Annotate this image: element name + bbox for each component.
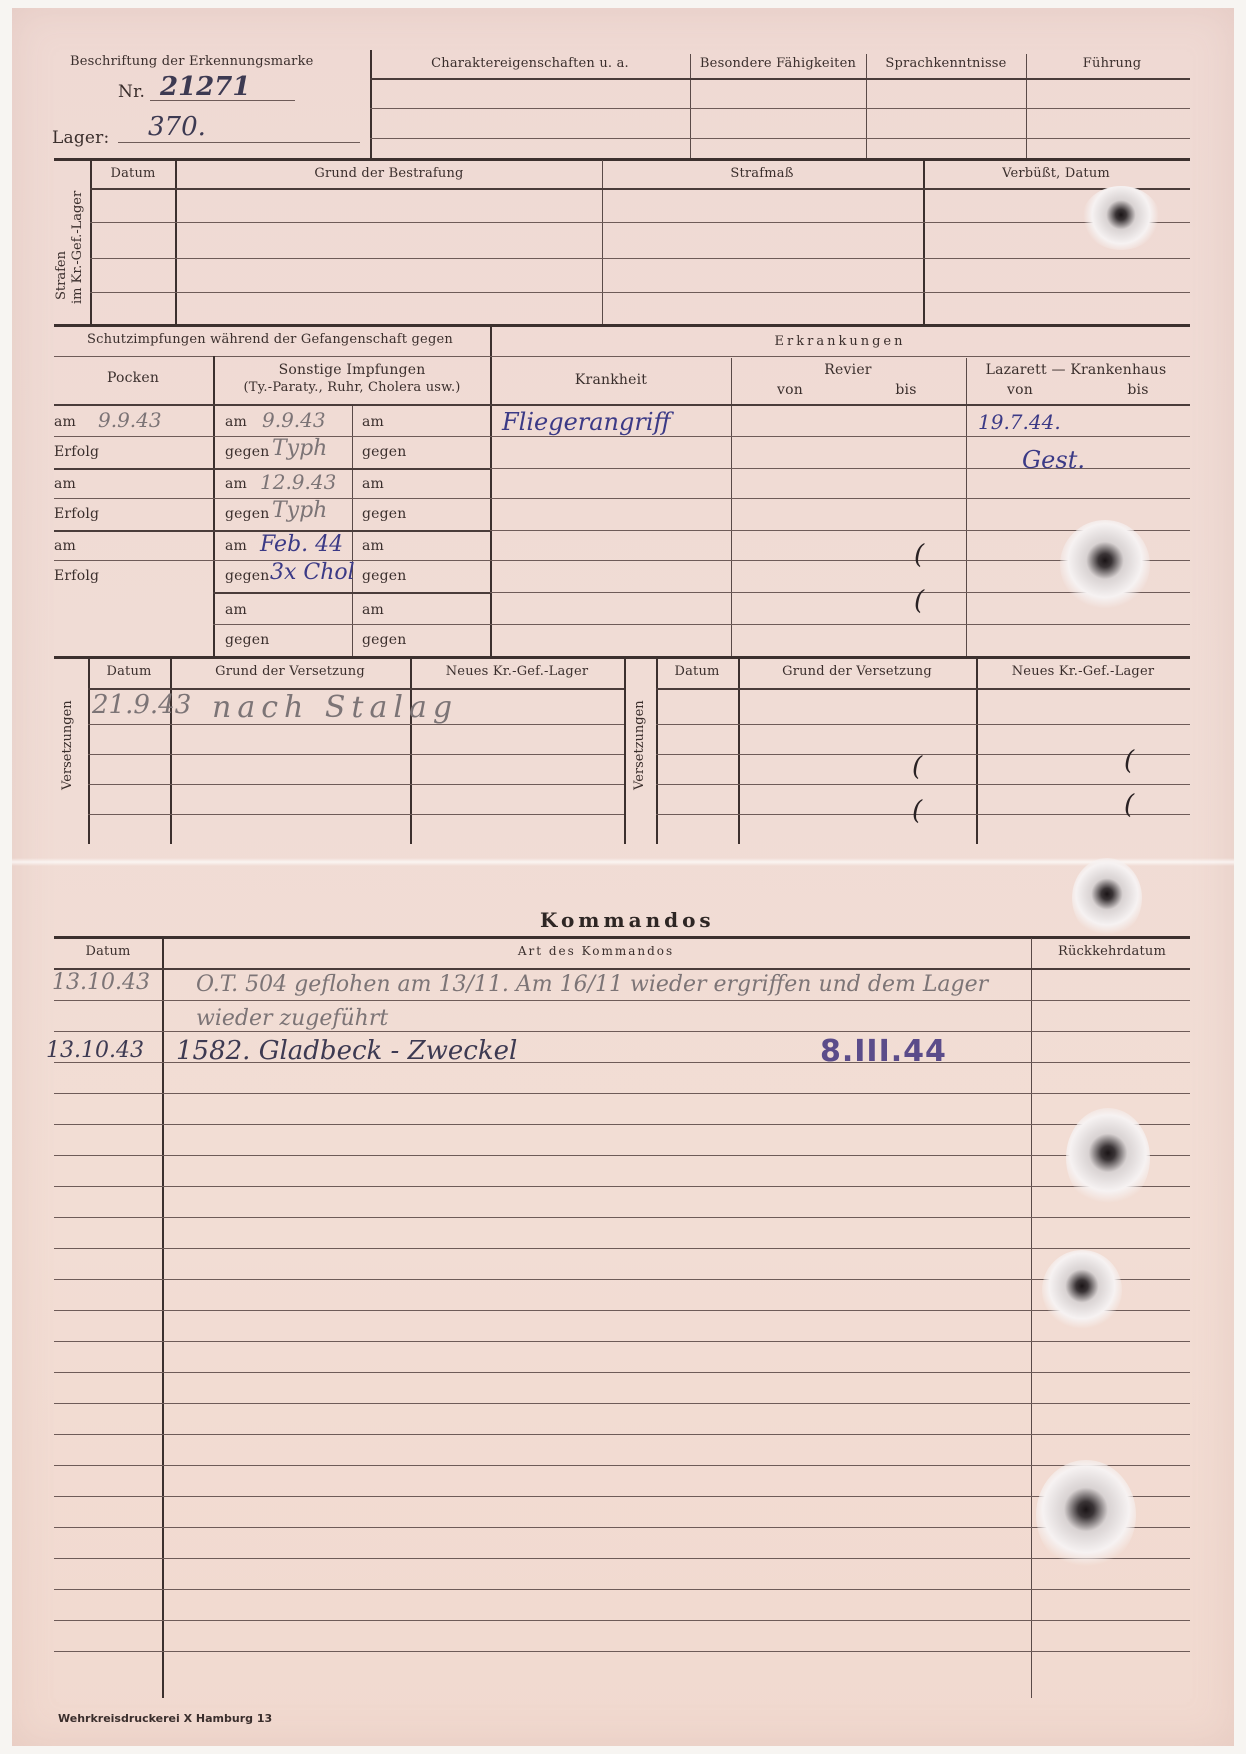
sonstige-gegen-2: gegen xyxy=(225,506,270,522)
strafen-divider xyxy=(90,160,92,324)
impf-rule xyxy=(54,560,213,561)
vers-divider xyxy=(976,658,978,844)
kommandos-row-line xyxy=(54,1465,1190,1466)
impf-rule xyxy=(54,436,213,437)
vers-rule xyxy=(656,754,1190,755)
header-rule xyxy=(370,78,1190,80)
vers-rule xyxy=(656,688,1190,690)
pocken-erfolg-3: Erfolg xyxy=(54,568,99,584)
col-sprachkenntnisse: Sprachkenntnisse xyxy=(885,56,1006,71)
lager-line xyxy=(118,142,360,143)
header-col-divider xyxy=(1026,54,1027,158)
sonstige-am-1b: am xyxy=(362,414,384,430)
pocken-am-3: am xyxy=(54,538,76,554)
impf-rule xyxy=(54,468,213,470)
kommandos-row-line xyxy=(54,1620,1190,1621)
mark: ( xyxy=(912,752,922,782)
kommandos-col-datum: Datum xyxy=(85,944,130,959)
header-col-divider xyxy=(690,54,691,158)
punch-hole xyxy=(1036,1460,1136,1570)
erkr-rule xyxy=(490,624,1190,625)
impf-rule xyxy=(54,356,490,357)
impf-erkr-divider xyxy=(490,326,492,656)
header-col-divider xyxy=(866,54,867,158)
card-fold xyxy=(12,858,1234,866)
vers-divider xyxy=(738,658,740,844)
strafen-rule xyxy=(90,222,1190,223)
versetzungen-side-left: Versetzungen xyxy=(60,700,75,790)
col-charakter: Charaktereigenschaften u. a. xyxy=(431,56,629,71)
section-rule xyxy=(54,158,1190,161)
kommandos-row-line xyxy=(54,1310,1190,1311)
punch-hole xyxy=(1060,520,1150,610)
vers-grund-value: nach Stalag xyxy=(212,690,458,725)
sonstige-gegen-3-value: 3x Chol xyxy=(270,560,355,585)
kommandos-row-line xyxy=(54,1155,1190,1156)
mark: ( xyxy=(914,540,924,570)
mark: ( xyxy=(914,586,924,616)
impf-rule xyxy=(213,468,490,470)
revier-von: von xyxy=(777,382,803,398)
sonstige-label-2: (Ty.-Paraty., Ruhr, Cholera usw.) xyxy=(243,380,460,395)
section-rule xyxy=(54,656,1190,659)
header-rule xyxy=(370,108,1190,109)
punch-hole xyxy=(1082,186,1160,250)
impf-rule xyxy=(213,624,490,625)
versetzungen-side-right: Versetzungen xyxy=(632,700,647,790)
vers-rule xyxy=(656,814,1190,815)
vers-divider xyxy=(88,658,90,844)
kommandos-row-line xyxy=(54,1124,1190,1125)
impf-rule xyxy=(213,436,490,437)
krankheit-value: Fliegerangriff xyxy=(502,408,671,436)
erkr-rule xyxy=(490,468,1190,469)
mark: ( xyxy=(1124,746,1134,776)
punch-hole xyxy=(1072,858,1142,938)
sonstige-gegen-1b: gegen xyxy=(362,444,407,460)
kommandos-row-line xyxy=(54,1186,1190,1187)
kommandos-col-rueckkehr: Rückkehrdatum xyxy=(1058,944,1166,959)
nr-label: Nr. xyxy=(118,82,145,102)
erkr-rule xyxy=(490,356,1190,357)
erkr-rule xyxy=(490,498,1190,499)
erkr-rule xyxy=(490,436,1190,437)
erkr-divider xyxy=(731,358,732,656)
marke-label: Beschriftung der Erkennungsmarke xyxy=(70,54,314,69)
kommando-1-datum: 13.10.43 xyxy=(52,970,150,995)
revier-label: Revier xyxy=(824,362,871,378)
vers-rule xyxy=(88,754,624,755)
pocken-label: Pocken xyxy=(107,370,159,386)
sonstige-gegen-1-value: Typh xyxy=(272,436,327,461)
impf-divider xyxy=(213,356,215,656)
kommandos-row-line xyxy=(54,1651,1190,1652)
sonstige-gegen-2-value: Typh xyxy=(272,498,327,523)
sonstige-am-1: am xyxy=(225,414,247,430)
impfungen-title: Schutzimpfungen während der Gefangenscha… xyxy=(87,332,453,347)
section-rule xyxy=(54,324,1190,327)
sonstige-gegen-3: gegen xyxy=(225,568,270,584)
kommando-1-art: O.T. 504 geflohen am 13/11. Am 16/11 wie… xyxy=(196,968,1006,1036)
punch-hole xyxy=(1042,1250,1122,1330)
punch-hole xyxy=(1066,1108,1150,1208)
vers-divider xyxy=(624,658,626,844)
krankheit-label: Krankheit xyxy=(575,372,647,388)
sonstige-am-4b: am xyxy=(362,602,384,618)
sonstige-am-3b: am xyxy=(362,538,384,554)
strafen-side-label-2: im Kr.-Gef.-Lager xyxy=(70,191,85,304)
kommandos-row-line xyxy=(54,1496,1190,1497)
kommandos-row-line xyxy=(54,1589,1190,1590)
lager-label: Lager: xyxy=(52,128,109,148)
kommandos-divider xyxy=(1031,938,1032,1698)
kommandos-row-line xyxy=(54,1217,1190,1218)
impf-rule xyxy=(213,592,490,594)
sonstige-am-2: am xyxy=(225,476,247,492)
kommandos-row-line xyxy=(54,1403,1190,1404)
vers-col-lager-right: Neues Kr.-Gef.-Lager xyxy=(1012,664,1155,679)
impf-rule xyxy=(54,404,490,406)
mark: ( xyxy=(1124,790,1134,820)
pocken-am-2: am xyxy=(54,476,76,492)
vers-datum-value: 21.9.43 xyxy=(92,690,191,720)
kommandos-row-line xyxy=(54,1248,1190,1249)
printer-imprint: Wehrkreisdruckerei X Hamburg 13 xyxy=(58,1712,272,1725)
sonstige-am-2-value: 12.9.43 xyxy=(260,470,336,494)
pocken-am-1-value: 9.9.43 xyxy=(98,408,162,432)
lager-value: 370. xyxy=(148,112,206,142)
kommandos-row-line xyxy=(54,1093,1190,1094)
col-fuehrung: Führung xyxy=(1083,56,1141,71)
vers-col-datum-left: Datum xyxy=(106,664,151,679)
impf-rule xyxy=(54,498,213,499)
col-grund-bestrafung: Grund der Bestrafung xyxy=(314,166,463,181)
kommandos-row-line xyxy=(54,1341,1190,1342)
erkrankungen-title: Erkrankungen xyxy=(775,334,906,349)
lazarett-label: Lazarett — Krankenhaus xyxy=(986,362,1167,378)
kommandos-col-art: Art des Kommandos xyxy=(518,944,674,958)
kommandos-row-line xyxy=(54,1558,1190,1559)
vers-rule xyxy=(88,784,624,785)
lazarett-von: von xyxy=(1007,382,1033,398)
lazarett-von-value: 19.7.44. xyxy=(978,410,1061,434)
sonstige-gegen-4b: gegen xyxy=(362,632,407,648)
header-rule xyxy=(370,138,1190,139)
erkr-rule xyxy=(490,404,1190,406)
vers-rule xyxy=(656,784,1190,785)
vers-col-lager-left: Neues Kr.-Gef.-Lager xyxy=(446,664,589,679)
col-datum: Datum xyxy=(110,166,155,181)
nr-value: 21271 xyxy=(160,72,250,102)
sonstige-gegen-1: gegen xyxy=(225,444,270,460)
impf-rule xyxy=(213,530,490,532)
vers-rule xyxy=(88,814,624,815)
header-divider xyxy=(370,50,372,158)
date-stamp: 8.III.44 xyxy=(820,1034,947,1069)
vers-divider xyxy=(170,658,172,844)
lazarett-bis: bis xyxy=(1127,382,1148,398)
vers-col-grund-right: Grund der Versetzung xyxy=(782,664,932,679)
pocken-erfolg-2: Erfolg xyxy=(54,506,99,522)
impf-rule xyxy=(213,498,490,499)
strafen-divider xyxy=(923,160,925,324)
strafen-divider xyxy=(602,160,603,324)
sonstige-am-3-value: Feb. 44 xyxy=(260,532,343,557)
sonstige-am-4: am xyxy=(225,602,247,618)
impf-rule xyxy=(54,530,213,532)
vers-divider xyxy=(410,658,412,844)
sonstige-gegen-4: gegen xyxy=(225,632,270,648)
pocken-am-1: am xyxy=(54,414,76,430)
kommandos-title: Kommandos xyxy=(540,908,715,932)
kommandos-row-line xyxy=(54,1279,1190,1280)
vers-rule xyxy=(656,724,1190,725)
vers-col-datum-right: Datum xyxy=(674,664,719,679)
col-faehigkeiten: Besondere Fähigkeiten xyxy=(700,56,856,71)
strafen-rule xyxy=(90,258,1190,259)
vers-col-grund-left: Grund der Versetzung xyxy=(215,664,365,679)
sonstige-gegen-2b: gegen xyxy=(362,506,407,522)
mark: ( xyxy=(912,796,922,826)
pocken-erfolg-1: Erfolg xyxy=(54,444,99,460)
gestorben-value: Gest. xyxy=(1022,446,1085,474)
kommando-2-art: 1582. Gladbeck - Zweckel xyxy=(176,1036,517,1066)
strafen-rule xyxy=(90,188,1190,190)
vers-divider xyxy=(656,658,658,844)
col-verbuesst: Verbüßt, Datum xyxy=(1002,166,1110,181)
strafen-divider xyxy=(175,160,177,324)
revier-bis: bis xyxy=(895,382,916,398)
sonstige-label-1: Sonstige Impfungen xyxy=(279,362,426,378)
sonstige-am-3: am xyxy=(225,538,247,554)
kommandos-row-line xyxy=(54,1434,1190,1435)
kommandos-divider xyxy=(162,938,164,1698)
sonstige-gegen-3b: gegen xyxy=(362,568,407,584)
sonstige-am-1-value: 9.9.43 xyxy=(262,408,326,432)
kommandos-rule xyxy=(54,936,1190,939)
strafen-rule xyxy=(90,292,1190,293)
erkr-divider xyxy=(966,358,967,656)
kommando-2-datum: 13.10.43 xyxy=(46,1038,144,1063)
kommandos-row-line xyxy=(54,1527,1190,1528)
kommandos-row-line xyxy=(54,1372,1190,1373)
sonstige-am-2b: am xyxy=(362,476,384,492)
strafen-side-label-1: Strafen xyxy=(54,251,69,300)
col-strafmass: Strafmaß xyxy=(730,166,793,181)
